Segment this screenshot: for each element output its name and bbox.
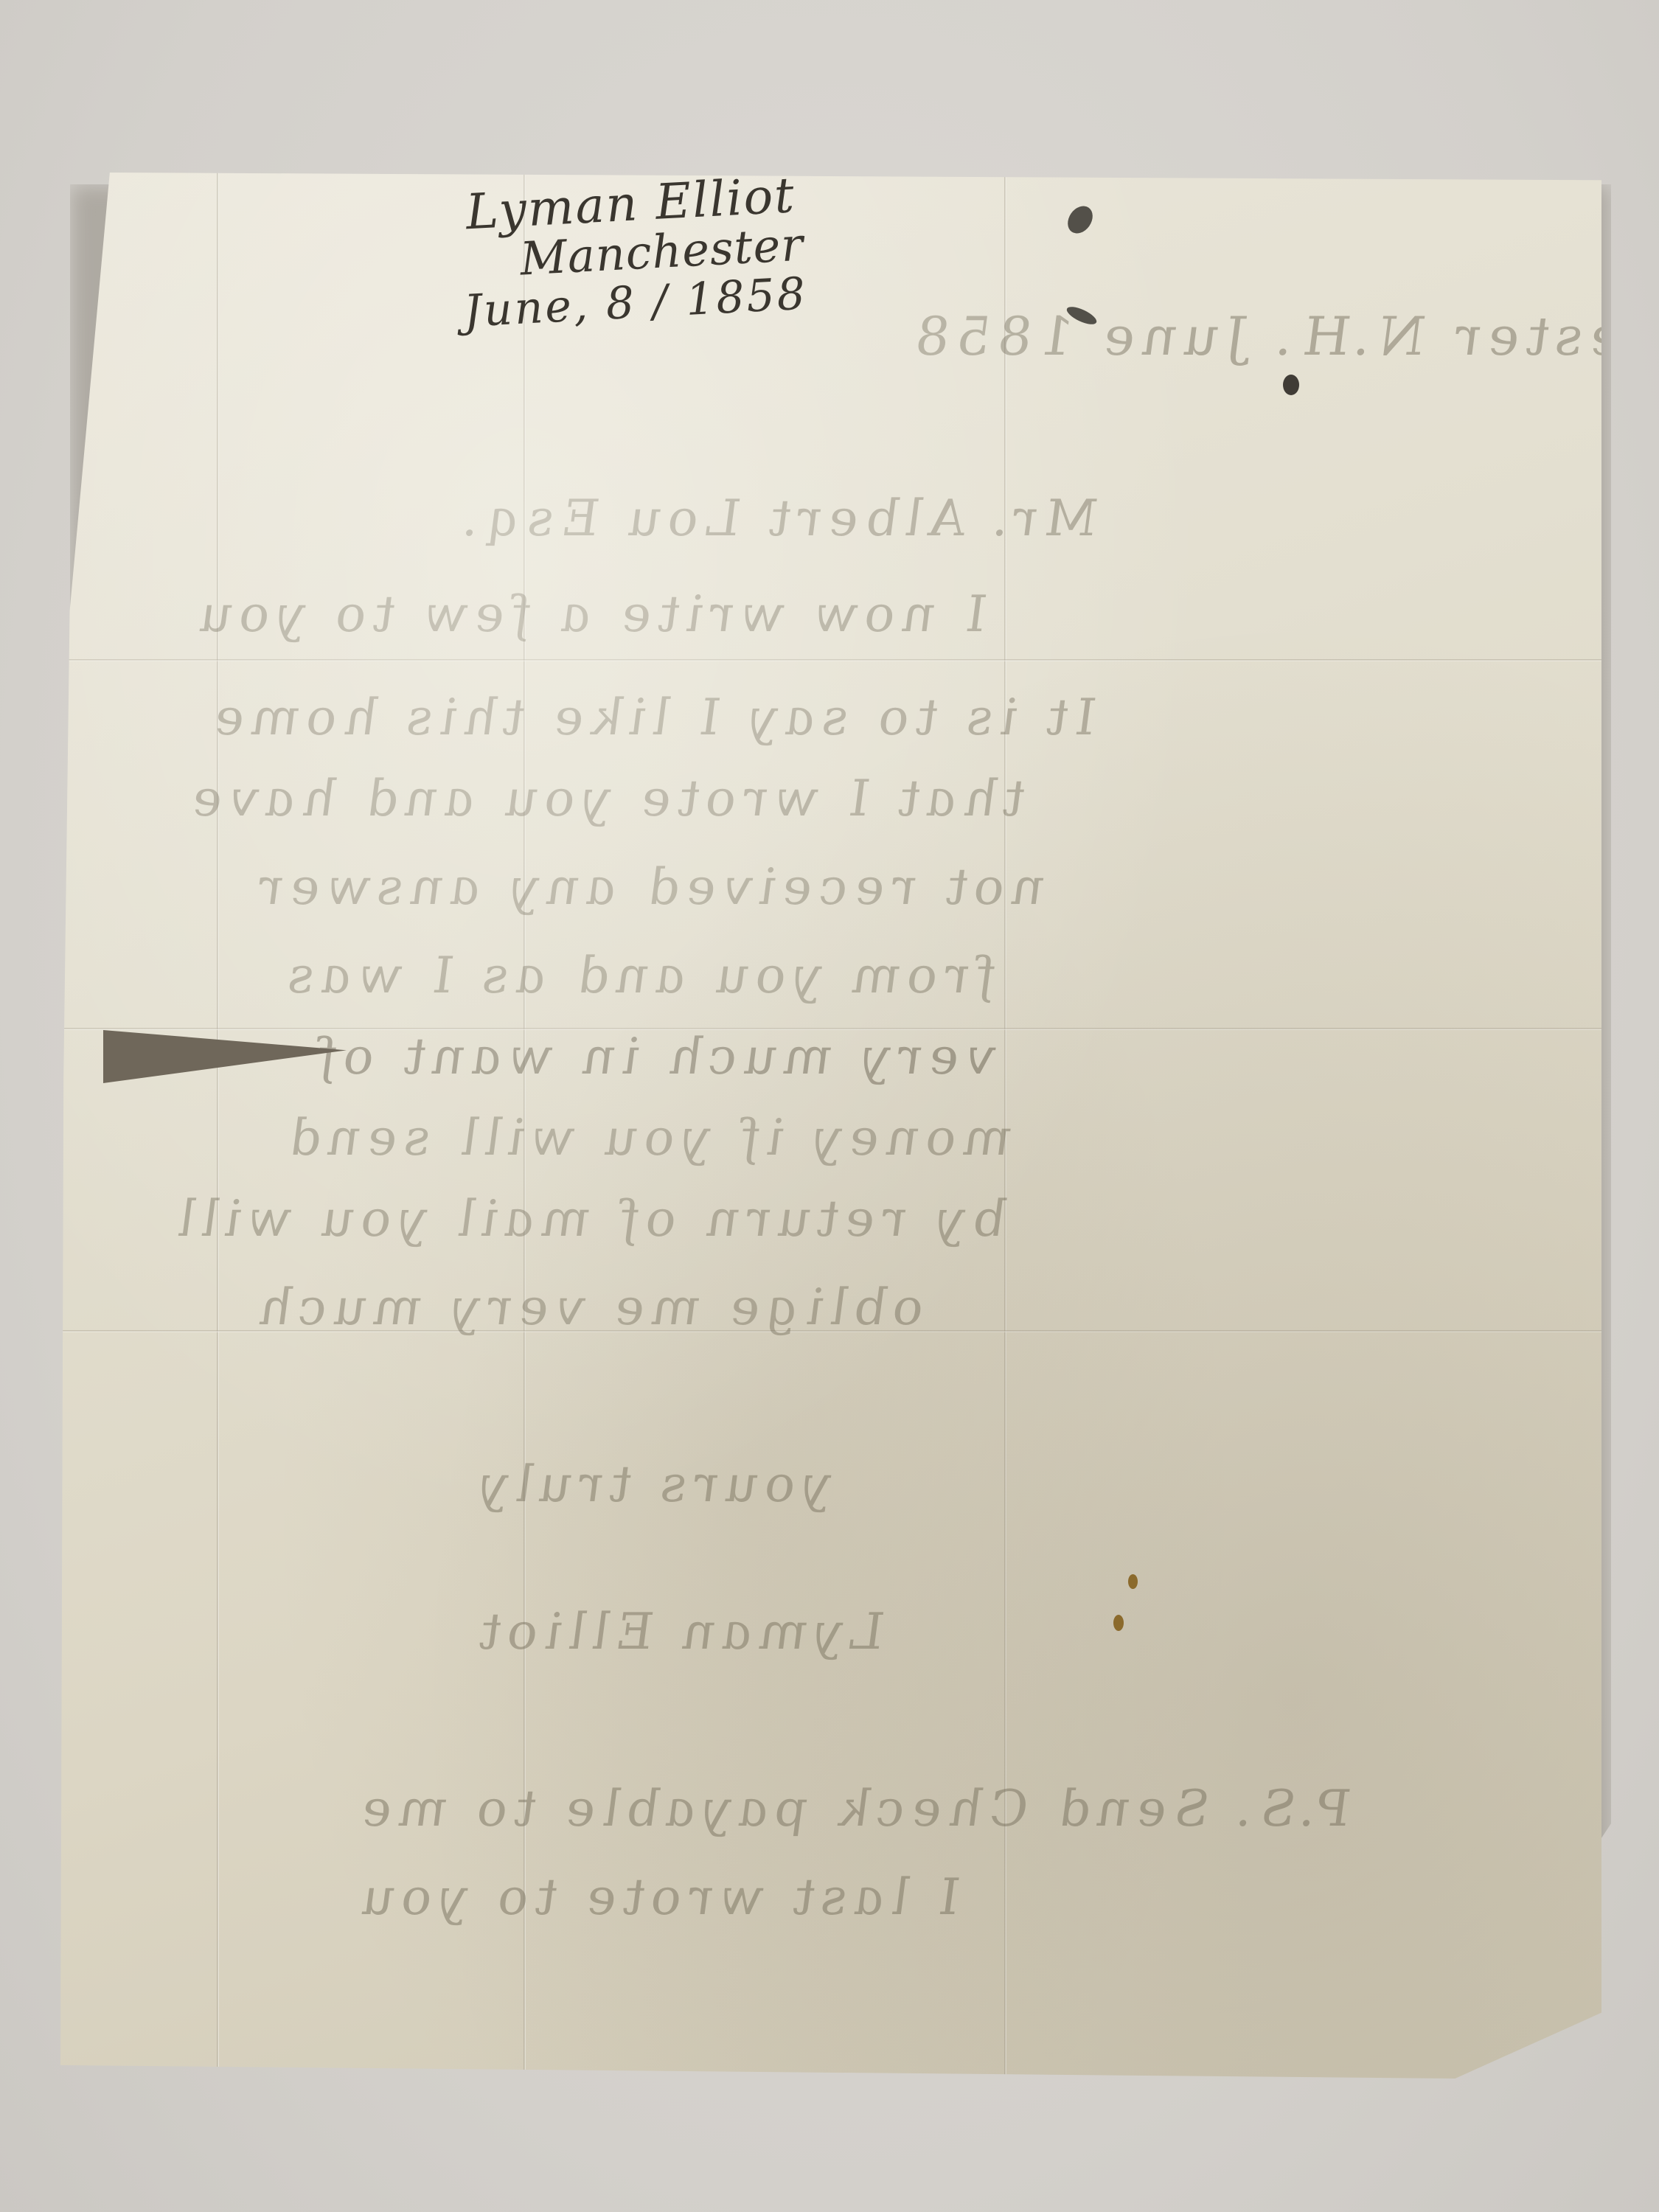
ink-blot xyxy=(1283,375,1299,395)
bleed-line: P.S. Send Check payable to me xyxy=(346,1780,1359,1838)
bleed-line: Manchester N.H. June 1858 xyxy=(898,305,1659,367)
letter-sheet: Manchester N.H. June 1858 Mr. Albert Lou… xyxy=(60,173,1601,2079)
bleed-line: very much in want of xyxy=(302,1028,1004,1086)
photo-scene: Manchester N.H. June 1858 Mr. Albert Lou… xyxy=(0,0,1659,2212)
bleed-through-text: Manchester N.H. June 1858 Mr. Albert Lou… xyxy=(60,173,1601,2079)
bleed-line: not received any answer xyxy=(243,858,1054,917)
bleed-line: money if you will send xyxy=(272,1109,1021,1167)
bleed-line: I now write a few to you xyxy=(184,585,995,644)
bleed-line: It is to say I like this home xyxy=(198,689,1105,747)
clipped-corner xyxy=(1522,2062,1659,2210)
docket-annotation: Lyman Elliot Manchester June, 8 / 1858 xyxy=(457,157,981,337)
bleed-line: from you and as I was xyxy=(272,947,1005,1005)
bleed-line: I last wrote to you xyxy=(346,1868,968,1927)
rust-spot xyxy=(1113,1615,1124,1631)
bleed-line: that I wrote you and have xyxy=(176,770,1034,828)
bleed-line: by return of mail you will xyxy=(161,1190,1015,1248)
bleed-line: Lyman Elliot xyxy=(464,1603,893,1661)
bleed-line: yours truly xyxy=(464,1455,841,1514)
bleed-line: Mr. Albert Lou Esq. xyxy=(449,490,1106,548)
rust-spot xyxy=(1128,1574,1138,1589)
bleed-line: oblige me very much xyxy=(243,1279,933,1337)
